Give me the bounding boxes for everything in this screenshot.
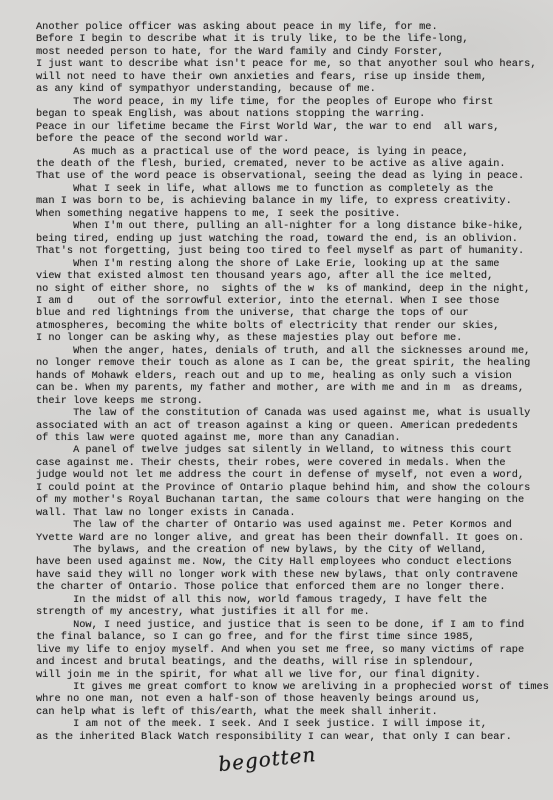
handwritten-signature: begotten (217, 742, 317, 776)
typewritten-page: Another police officer was asking about … (0, 0, 553, 800)
typed-body-text: Another police officer was asking about … (36, 21, 553, 743)
